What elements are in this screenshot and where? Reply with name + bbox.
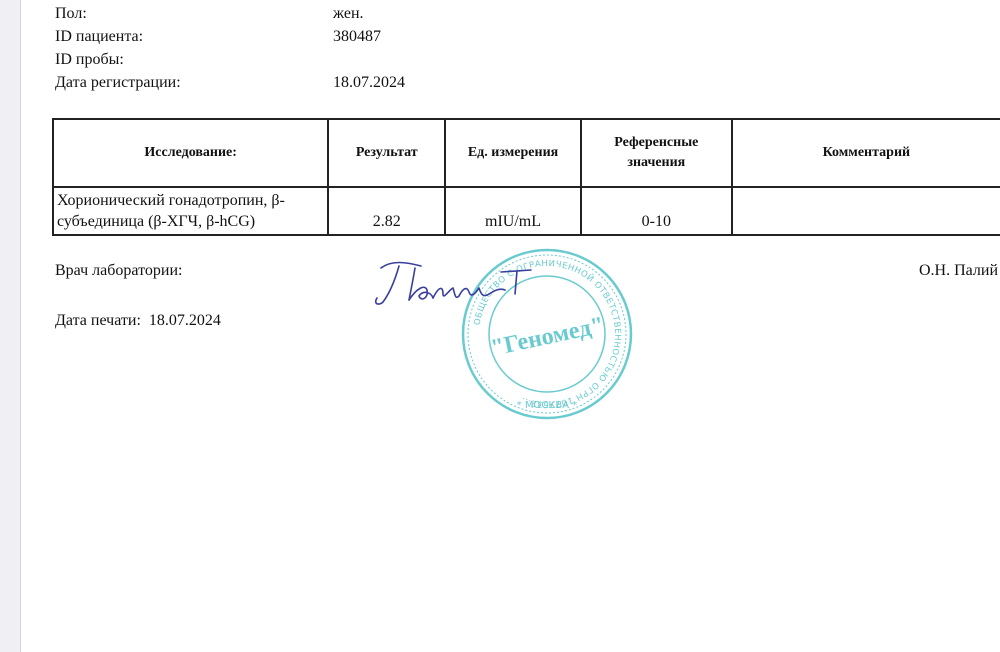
- print-date-label: Дата печати:: [55, 312, 141, 329]
- info-label: ID пациента:: [55, 27, 143, 47]
- doctor-label: Врач лаборатории:: [55, 262, 182, 280]
- info-label: Пол:: [55, 4, 87, 24]
- cell-comment: [732, 187, 1000, 235]
- viewer-gutter: [0, 0, 21, 652]
- cell-reference: 0-10: [581, 187, 732, 235]
- table-row: Хорионический гонадотропин, β-субъединиц…: [53, 187, 1000, 235]
- header-unit: Ед. измерения: [445, 119, 581, 187]
- cell-unit: mIU/mL: [445, 187, 581, 235]
- stamp-bottom-text: * МОСКВА *: [517, 400, 578, 411]
- doctor-name: О.Н. Палий: [919, 262, 998, 280]
- print-date-value: 18.07.2024: [149, 312, 221, 329]
- signature-icon: [361, 250, 561, 320]
- table-header-row: Исследование: Результат Ед. измерения Ре…: [53, 119, 1000, 187]
- info-value: 18.07.2024: [333, 73, 405, 93]
- cell-study: Хорионический гонадотропин, β-субъединиц…: [53, 187, 328, 235]
- header-study: Исследование:: [53, 119, 328, 187]
- info-label: ID пробы:: [55, 50, 124, 70]
- info-value: 380487: [333, 27, 381, 47]
- header-comment: Комментарий: [732, 119, 1000, 187]
- header-reference: Референсные значения: [581, 119, 732, 187]
- results-table: Исследование: Результат Ед. измерения Ре…: [52, 118, 1000, 236]
- header-result: Результат: [328, 119, 445, 187]
- print-date: Дата печати: 18.07.2024: [55, 312, 221, 330]
- info-value: жен.: [333, 4, 364, 24]
- info-label: Дата регистрации:: [55, 73, 181, 93]
- cell-result: 2.82: [328, 187, 445, 235]
- document-page: Пол: жен. ID пациента: 380487 ID пробы: …: [21, 0, 1000, 652]
